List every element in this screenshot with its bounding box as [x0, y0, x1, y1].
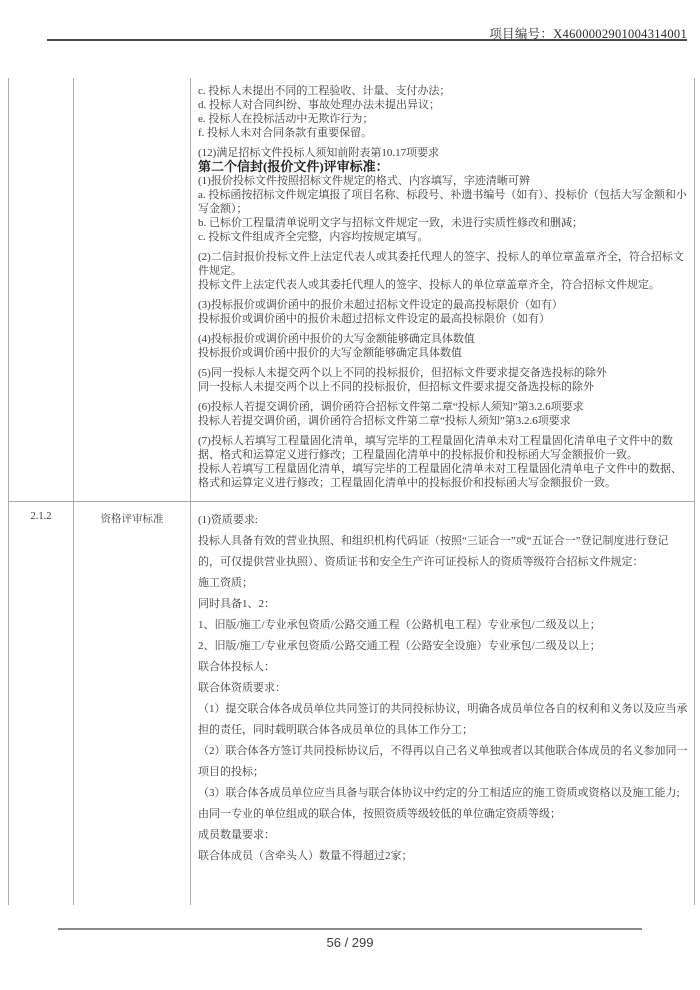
paragraph: 投标人具备有效的营业执照、和组织机构代码证（按照“三证合一”或“五证合一”登记制… [198, 531, 688, 573]
table-row: c. 投标人未提出不同的工程验收、计量、支付办法； d. 投标人对合同纠纷、事故… [9, 78, 694, 502]
paragraph: 施工资质； [198, 573, 688, 594]
criteria-content-cell: c. 投标人未提出不同的工程验收、计量、支付办法； d. 投标人对合同纠纷、事故… [191, 78, 694, 501]
paragraph: 2、旧版/施工/专业承包资质/公路交通工程（公路安全设施）专业承包/二级及以上； [198, 636, 688, 657]
criteria-content-cell: (1)资质要求:投标人具备有效的营业执照、和组织机构代码证（按照“三证合一”或“… [191, 502, 694, 905]
paragraph: (4)投标报价或调价函中报价的大写金额能够确定具体数值 投标报价或调价函中报价的… [198, 332, 688, 360]
paragraph: c. 投标人未提出不同的工程验收、计量、支付办法； d. 投标人对合同纠纷、事故… [198, 84, 688, 140]
criteria-title-cell: 资格评审标准 [74, 502, 191, 905]
paragraph: 联合体资质要求： [198, 678, 688, 699]
paragraph: （1）提交联合体各成员单位共同签订的共同投标协议，明确各成员单位各自的权利和义务… [198, 699, 688, 741]
paragraph: (5)同一投标人未提交两个以上不同的投标报价，但招标文件要求提交备选投标的除外 … [198, 366, 688, 394]
paragraph: 成员数量要求： [198, 825, 688, 846]
table-row: 2.1.2 资格评审标准 (1)资质要求:投标人具备有效的营业执照、和组织机构代… [9, 502, 694, 905]
header-rule [47, 39, 687, 41]
page-number: 56 / 299 [0, 935, 700, 950]
paragraph: 同时具备1、2： [198, 594, 688, 615]
paragraph: (1)资质要求: [198, 510, 688, 531]
evaluation-criteria-table: c. 投标人未提出不同的工程验收、计量、支付办法； d. 投标人对合同纠纷、事故… [8, 78, 695, 905]
paragraph: (3)投标报价或调价函中的报价未超过招标文件设定的最高投标限价（如有） 投标报价… [198, 298, 688, 326]
paragraph: 联合体投标人： [198, 657, 688, 678]
clause-number-cell: 2.1.2 [9, 502, 74, 905]
paragraph: (7)投标人若填写工程量固化清单，填写完毕的工程量固化清单未对工程量固化清单电子… [198, 434, 688, 490]
paragraph: 1、旧版/施工/专业承包资质/公路交通工程（公路机电工程）专业承包/二级及以上； [198, 615, 688, 636]
section-heading: 第二个信封(报价文件)评审标准： [198, 160, 688, 174]
paragraph: (6)投标人若提交调价函，调价函符合招标文件第二章“投标人须知”第3.2.6项要… [198, 400, 688, 428]
footer-rule [58, 928, 642, 930]
paragraph: （2）联合体各方签订共同投标协议后，不得再以自己名义单独或者以其他联合体成员的名… [198, 741, 688, 783]
paragraph: (12)满足招标文件投标人须知前附表第10.17项要求 [198, 146, 688, 160]
clause-number-cell [9, 78, 74, 501]
criteria-title-cell [74, 78, 191, 501]
paragraph: (1)报价投标文件按照招标文件规定的格式、内容填写，字迹清晰可辨 a. 投标函按… [198, 174, 688, 244]
paragraph: 联合体成员（含牵头人）数量不得超过2家； [198, 846, 688, 867]
paragraph: (2)二信封报价投标文件上法定代表人或其委托代理人的签字、投标人的单位章盖章齐全… [198, 250, 688, 292]
paragraph: （3）联合体各成员单位应当具备与联合体协议中约定的分工相适应的施工资质或资格以及… [198, 783, 688, 825]
